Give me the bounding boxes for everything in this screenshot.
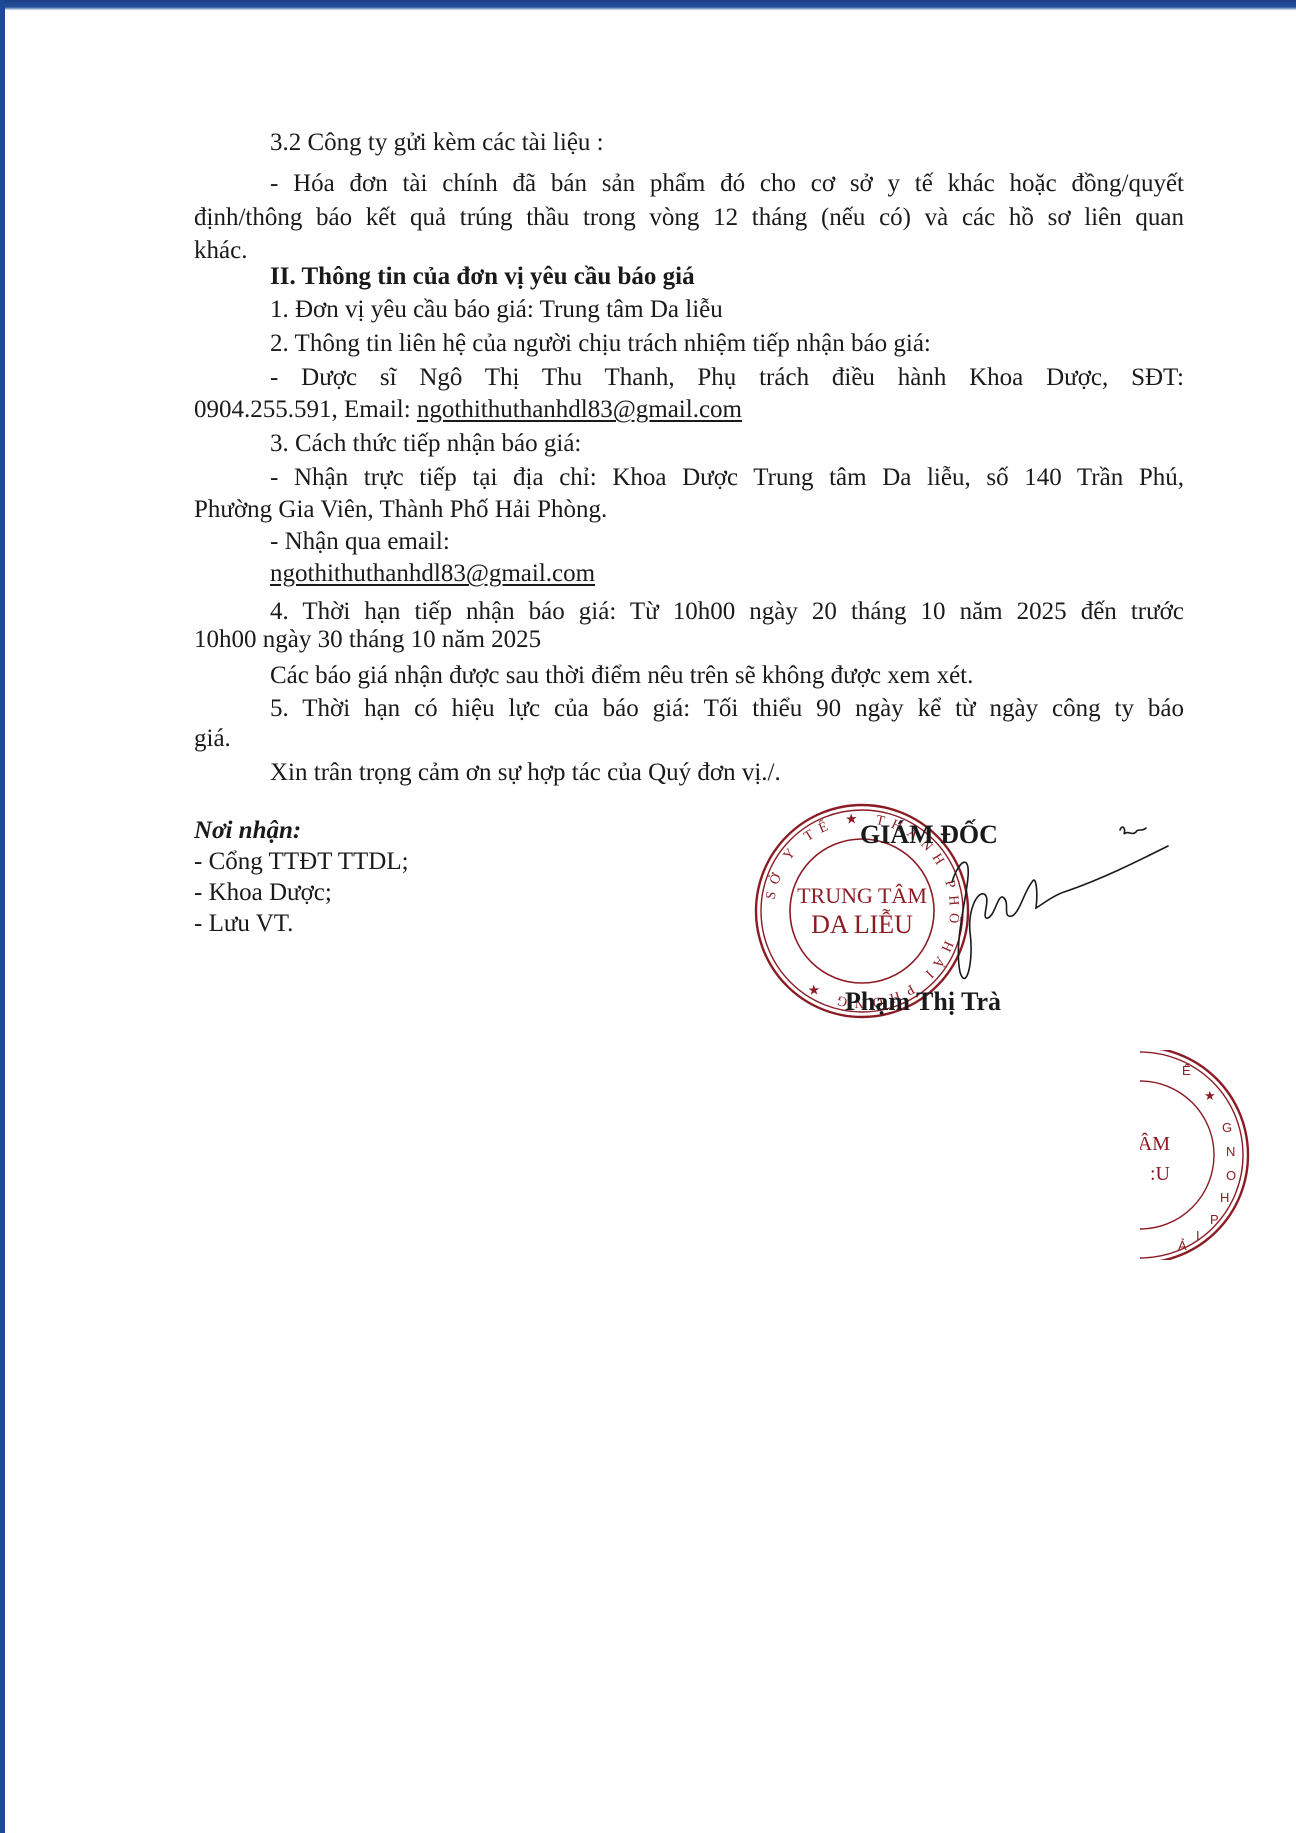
svg-text:Ả: Ả — [1178, 1238, 1187, 1253]
scan-border-top — [0, 0, 1296, 10]
section-II-heading: II. Thông tin của đơn vị yêu cầu báo giá — [270, 261, 695, 292]
partial-stamp-line1: ÂM — [1140, 1132, 1170, 1155]
stamp-line2: DA LIỄU — [811, 909, 913, 939]
section-3-2-bullet-line2: định/thông báo kết quả trúng thầu trong … — [194, 202, 1184, 233]
svg-text:P: P — [1210, 1212, 1219, 1227]
stamp-line1: TRUNG TÂM — [797, 883, 927, 908]
svg-text:I: I — [1196, 1228, 1200, 1243]
svg-text:G: G — [1222, 1120, 1232, 1135]
item-1: 1. Đơn vị yêu cầu báo giá: Trung tâm Da … — [270, 294, 723, 325]
contact-email-link[interactable]: ngothithuthanhdl83@gmail.com — [417, 396, 742, 423]
section-3-2-bullet-line1: - Hóa đơn tài chính đã bán sản phẩm đó c… — [270, 168, 1184, 199]
item-2: 2. Thông tin liên hệ của người chịu trác… — [270, 328, 931, 359]
recipients-title: Nơi nhận: — [194, 815, 409, 846]
svg-text:Ế: Ế — [1182, 1063, 1191, 1078]
section-3-2-heading: 3.2 Công ty gửi kèm các tài liệu : — [270, 127, 604, 158]
svg-text:★: ★ — [1204, 1088, 1216, 1103]
scan-border-left — [0, 0, 5, 1833]
partial-stamp-icon: ÂM :U Ế ★ G N O H P I Ả — [1140, 1050, 1296, 1260]
signer-position: GIÁM ĐỐC — [860, 820, 998, 850]
item-3-email-label: - Nhận qua email: — [270, 526, 450, 557]
item-3-email-link[interactable]: ngothithuthanhdl83@gmail.com — [270, 558, 595, 589]
signer-name: Phạm Thị Trà — [845, 987, 1001, 1017]
svg-text:N: N — [1226, 1144, 1235, 1159]
item-5-line2: giá. — [194, 723, 231, 754]
item-2-contact-line2: 0904.255.591, Email: ngothithuthanhdl83@… — [194, 394, 742, 425]
item-4-line2: 10h00 ngày 30 tháng 10 năm 2025 — [194, 624, 541, 655]
recipient-item: - Cổng TTĐT TTDL; — [194, 846, 409, 877]
svg-text:H: H — [1220, 1190, 1229, 1205]
item-3-direct-line1: - Nhận trực tiếp tại địa chỉ: Khoa Dược … — [270, 462, 1184, 493]
item-5-line1: 5. Thời hạn có hiệu lực của báo giá: Tối… — [270, 693, 1184, 724]
item-3-direct-line2: Phường Gia Viên, Thành Phố Hải Phòng. — [194, 494, 607, 525]
item-4-note: Các báo giá nhận được sau thời điểm nêu … — [270, 660, 973, 691]
recipient-item: - Lưu VT. — [194, 908, 409, 939]
item-2-contact-line1: - Dược sĩ Ngô Thị Thu Thanh, Phụ trách đ… — [270, 362, 1184, 393]
section-3-2-bullet-line3: khác. — [194, 235, 247, 266]
partial-stamp-line2: :U — [1150, 1163, 1171, 1185]
recipient-item: - Khoa Dược; — [194, 877, 409, 908]
contact-prefix: 0904.255.591, Email: — [194, 396, 417, 423]
recipients-block: Nơi nhận: - Cổng TTĐT TTDL; - Khoa Dược;… — [194, 815, 409, 939]
closing-text: Xin trân trọng cảm ơn sự hợp tác của Quý… — [270, 757, 781, 788]
item-3: 3. Cách thức tiếp nhận báo giá: — [270, 428, 581, 459]
item-4-line1: 4. Thời hạn tiếp nhận báo giá: Từ 10h00 … — [270, 596, 1184, 627]
svg-text:O: O — [1226, 1168, 1236, 1183]
